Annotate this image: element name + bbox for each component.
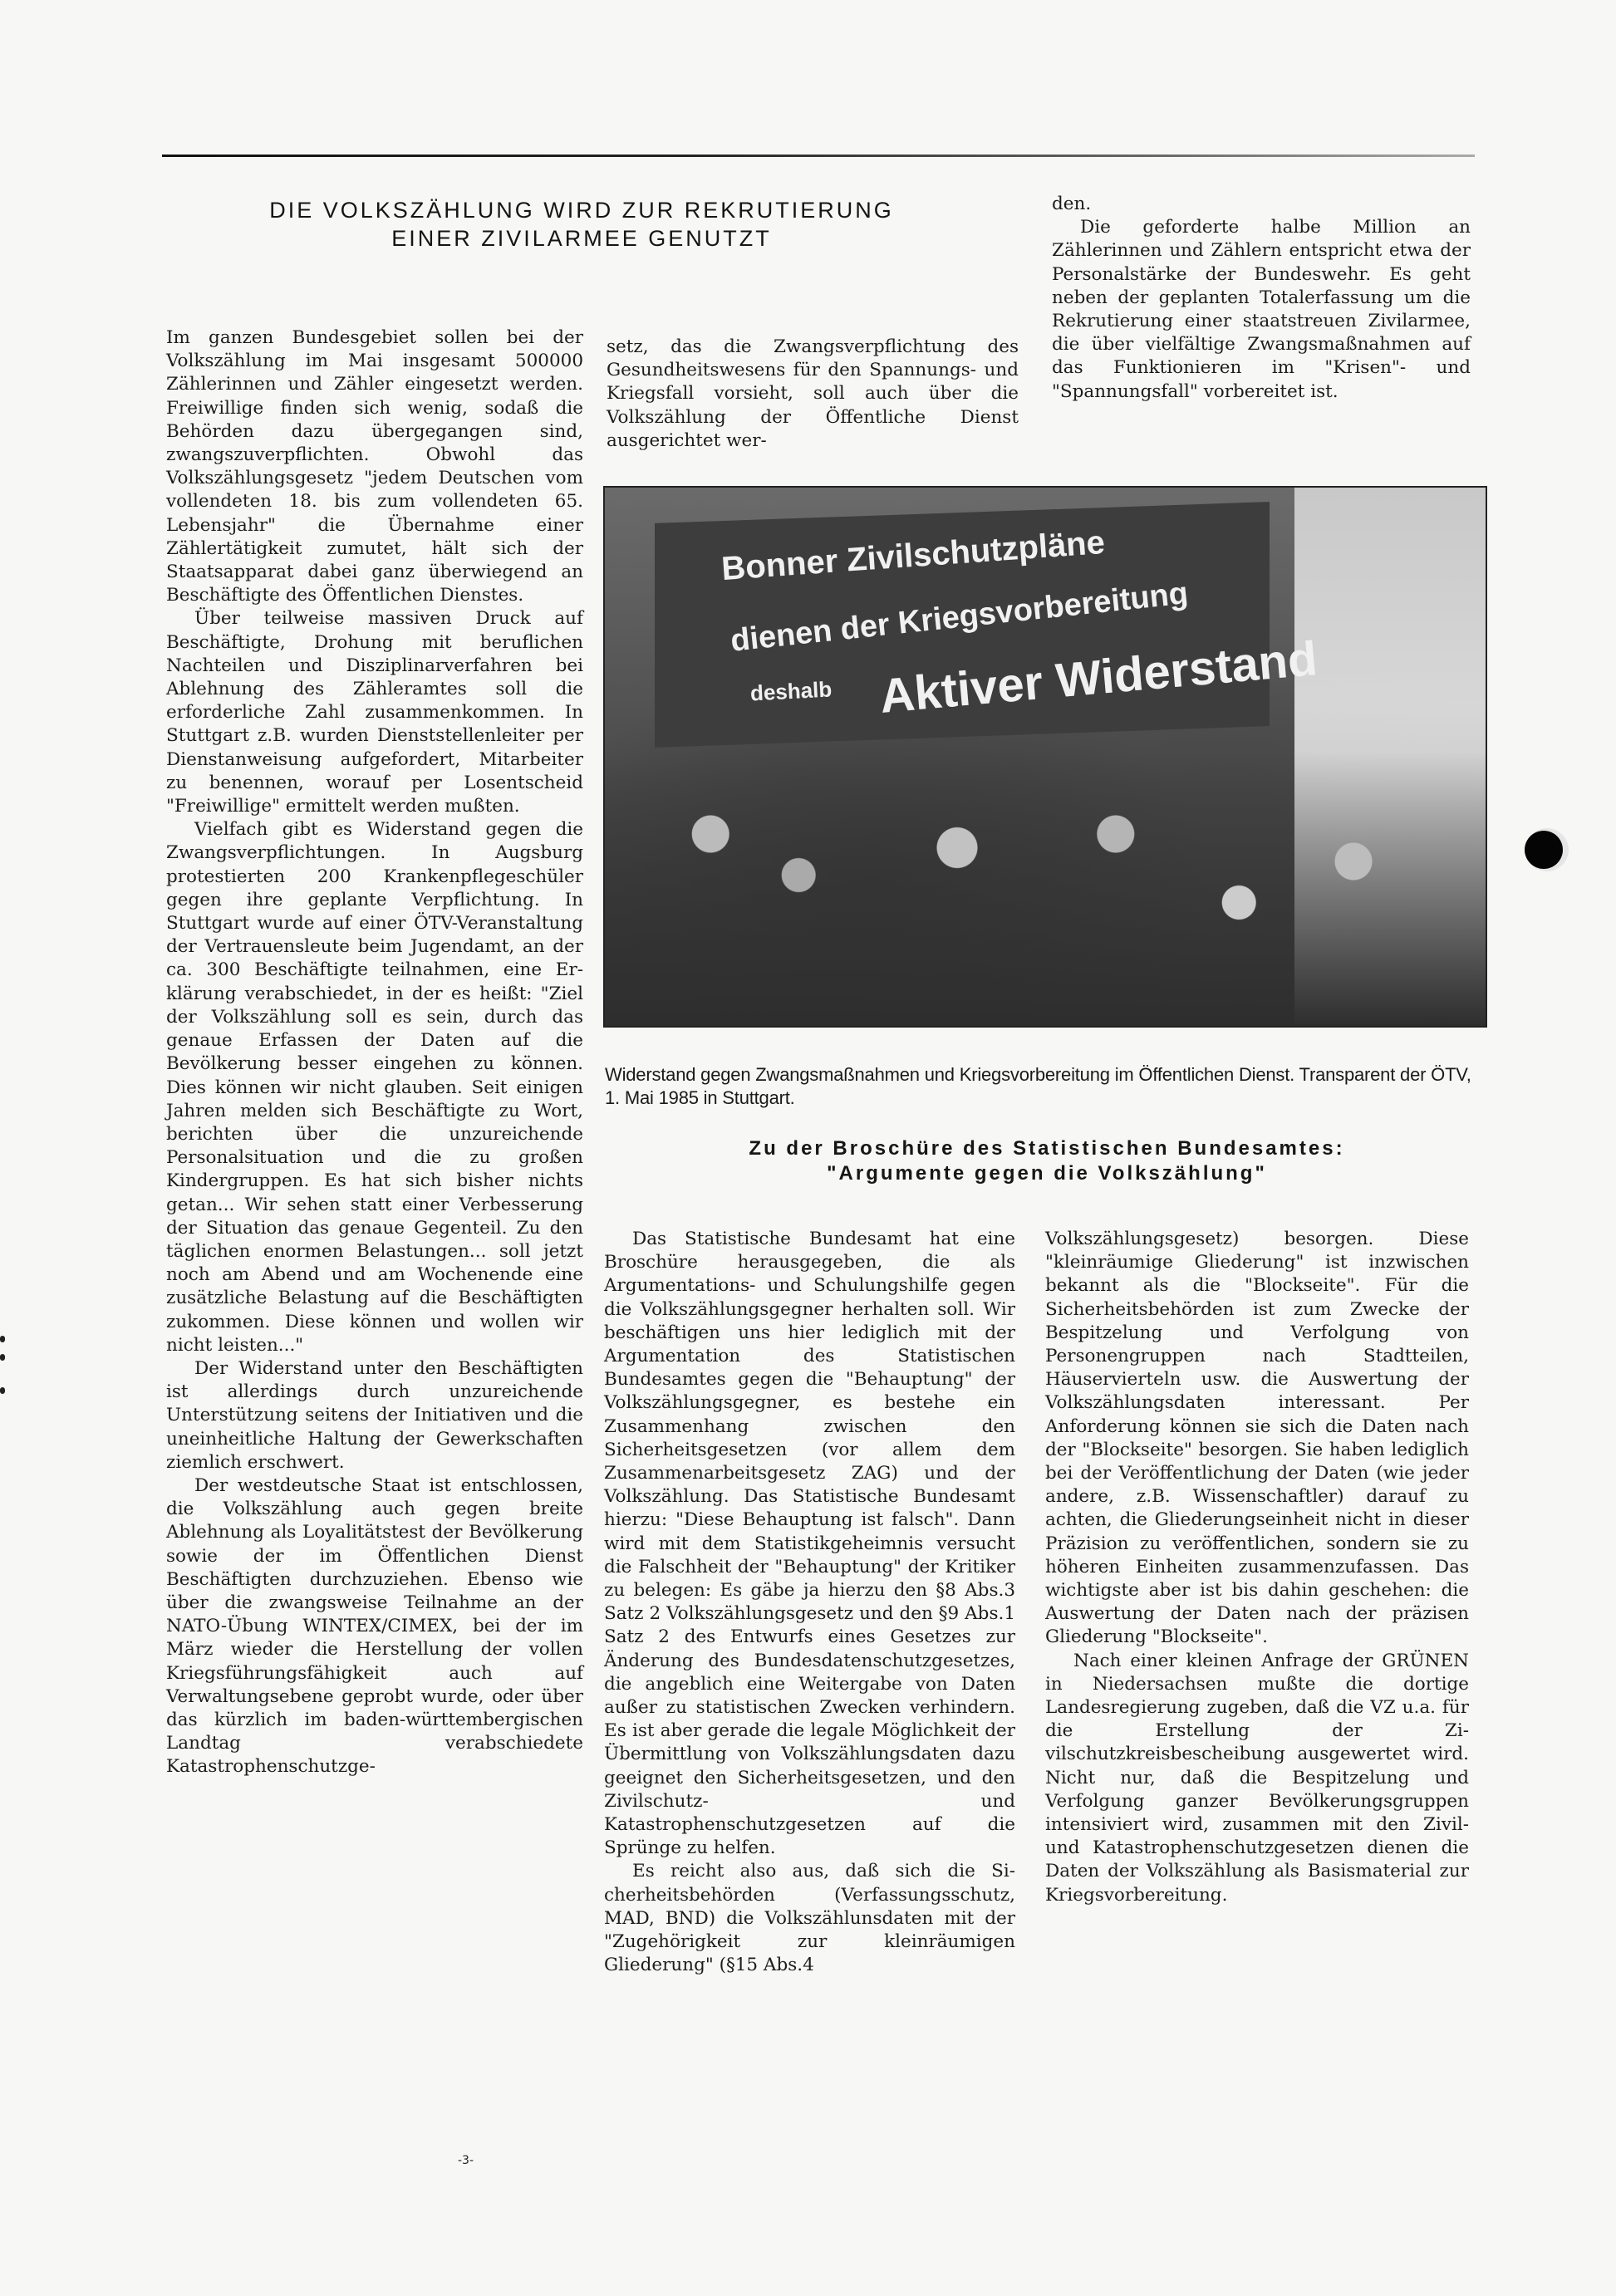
paragraph: Vielfach gibt es Widerstand gegen die Zw…: [166, 818, 583, 1357]
edge-mark: [0, 1336, 5, 1342]
paragraph: Der Widerstand unter den Beschäf­tigten …: [166, 1357, 583, 1474]
article-title-line-2: EINER ZIVILARMEE GENUTZT: [191, 224, 972, 253]
article-title: DIE VOLKSZÄHLUNG WIRD ZUR REKRUTIERUNG E…: [191, 196, 972, 253]
photo-caption: Widerstand gegen Zwangsmaßnahmen und Kri…: [605, 1063, 1486, 1110]
article-column-2: setz, das die Zwangsverpflichtung des Ge…: [607, 336, 1019, 453]
paragraph: den.: [1052, 193, 1471, 216]
section2-column-a: Das Statistische Bundesamt hat ei­ne Bro…: [604, 1228, 1015, 1978]
paragraph: Volkszählungsgesetz) besorgen. Diese "kl…: [1045, 1228, 1469, 1650]
photo-crowd: [605, 752, 1486, 1026]
section2-column-b: Volkszählungsgesetz) besorgen. Diese "kl…: [1045, 1228, 1469, 1907]
paragraph: Im ganzen Bundesgebiet sollen bei der Vo…: [166, 326, 583, 607]
section-heading-line-2: "Argumente gegen die Volkszählung": [615, 1161, 1479, 1186]
protest-photo: Bonner Zivilschutzpläne dienen der Krieg…: [603, 486, 1487, 1028]
page-number: -3-: [458, 2154, 474, 2167]
banner-text-line-4: deshalb: [749, 676, 833, 706]
section-heading: Zu der Broschüre des Statistischen Bunde…: [615, 1136, 1479, 1186]
header-rule: [162, 155, 1475, 157]
paragraph: Der westdeutsche Staat ist ent­schlossen…: [166, 1474, 583, 1779]
edge-mark: [0, 1387, 5, 1394]
paragraph: Das Statistische Bundesamt hat ei­ne Bro…: [604, 1228, 1015, 1860]
punch-hole-icon: [1525, 831, 1563, 869]
paragraph: Die geforderte halbe Million an Zählerin…: [1052, 216, 1471, 404]
paragraph: Nach einer kleinen Anfrage der GRÜNEN in…: [1045, 1650, 1469, 1907]
edge-mark: [0, 1354, 5, 1361]
article-column-3: den. Die geforderte halbe Million an Zäh…: [1052, 193, 1471, 404]
paragraph: Es reicht also aus, daß sich die Si­cher…: [604, 1860, 1015, 1977]
section-heading-line-1: Zu der Broschüre des Statistischen Bunde…: [615, 1136, 1479, 1161]
article-title-line-1: DIE VOLKSZÄHLUNG WIRD ZUR REKRUTIERUNG: [191, 196, 972, 224]
paragraph: Über teilweise massiven Druck auf Beschä…: [166, 607, 583, 818]
article-column-1: Im ganzen Bundesgebiet sollen bei der Vo…: [166, 326, 583, 1779]
paragraph: setz, das die Zwangsverpflichtung des Ge…: [607, 336, 1019, 453]
